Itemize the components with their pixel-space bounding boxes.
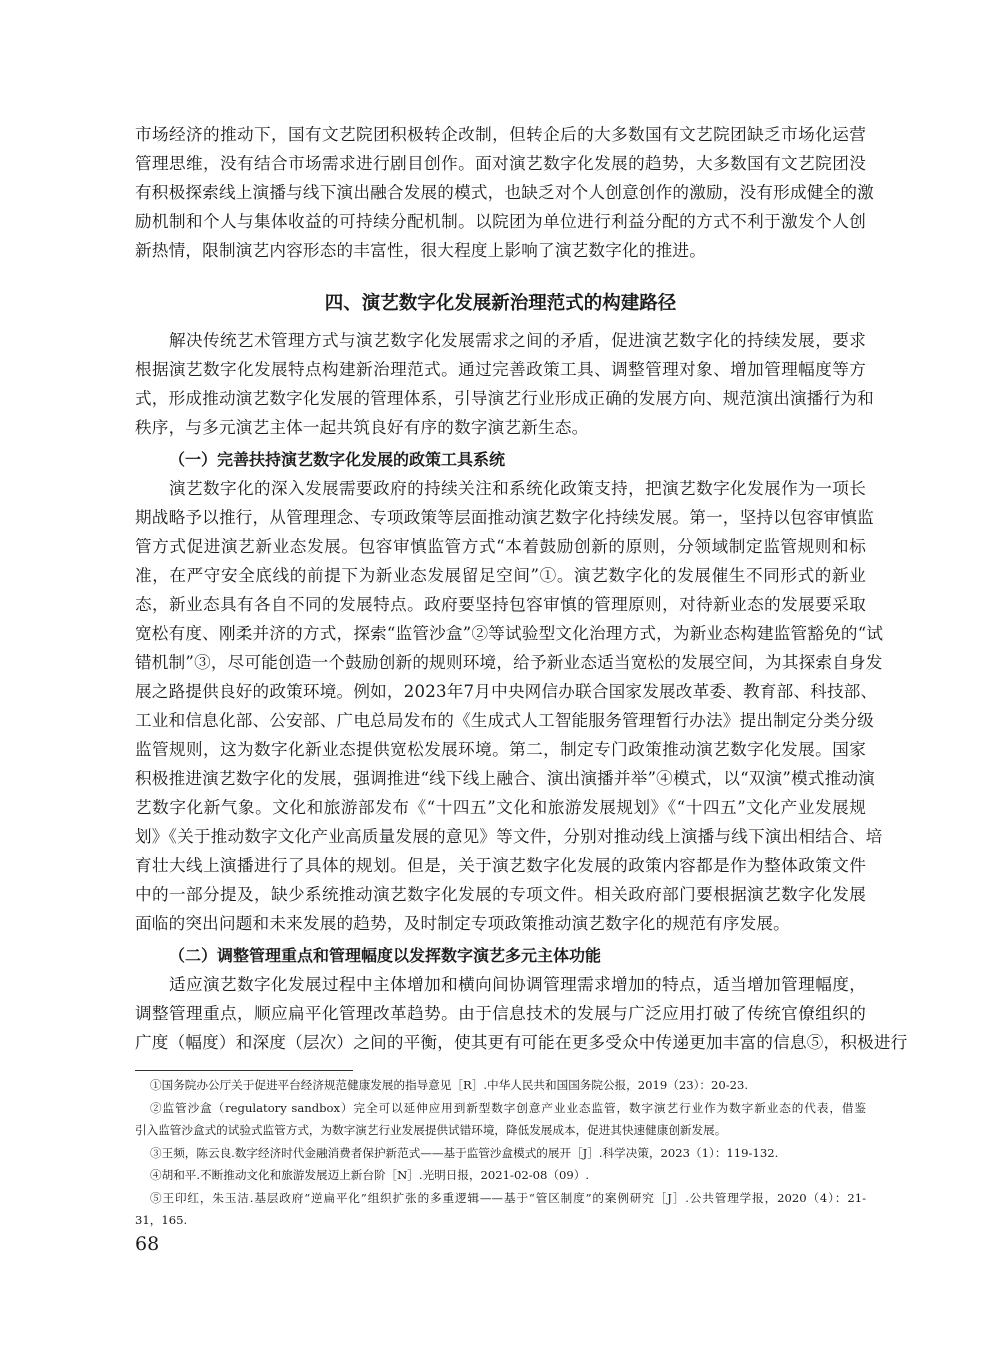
subsection-heading: （一）完善扶持演艺数字化发展的政策工具系统 bbox=[169, 446, 505, 474]
body-line: 展之路提供良好的政策环境。例如，2023年7月中央网信办联合国家发展改革委、教育… bbox=[135, 678, 866, 706]
body-line: 调整管理重点，顺应扁平化管理改革趋势。由于信息技术的发展与广泛应用打破了传统官僚… bbox=[135, 1000, 866, 1028]
body-line: 期战略予以推行，从管理理念、专项政策等层面推动演艺数字化持续发展。第一，坚持以包… bbox=[135, 504, 866, 532]
footnote: 31，165. bbox=[135, 1209, 866, 1231]
footnote: ①国务院办公厅关于促进平台经济规范健康发展的指导意见［R］.中华人民共和国国务院… bbox=[135, 1074, 866, 1096]
footnote: ④胡和平.不断推动文化和旅游发展迈上新台阶［N］.光明日报，2021-02-08… bbox=[135, 1164, 866, 1186]
body-line: 准，在严守安全底线的前提下为新业态发展留足空间”①。演艺数字化的发展催生不同形式… bbox=[135, 562, 866, 590]
body-line: 广度（幅度）和深度（层次）之间的平衡，使其更有可能在更多受众中传递更加丰富的信息… bbox=[135, 1029, 866, 1057]
body-line: 面临的突出问题和未来发展的趋势，及时制定专项政策推动演艺数字化的规范有序发展。 bbox=[135, 910, 866, 938]
body-line: 励机制和个人与集体收益的可持续分配机制。以院团为单位进行利益分配的方式不利于激发… bbox=[135, 208, 866, 236]
section-heading: 四、演艺数字化发展新治理范式的构建路径 bbox=[135, 290, 866, 318]
body-line: 有积极探索线上演播与线下演出融合发展的模式，也缺乏对个人创意创作的激励，没有形成… bbox=[135, 179, 866, 207]
body-line: 态，新业态具有各自不同的发展特点。政府要坚持包容审慎的管理原则，对待新业态的发展… bbox=[135, 591, 866, 619]
body-line: 适应演艺数字化发展过程中主体增加和横向间协调管理需求增加的特点，适当增加管理幅度… bbox=[135, 971, 866, 999]
body-line: 育壮大线上演播进行了具体的规划。但是，关于演艺数字化发展的政策内容都是作为整体政… bbox=[135, 852, 866, 880]
body-line: 错机制”③，尽可能创造一个鼓励创新的规则环境，给予新业态适当宽松的发展空间，为其… bbox=[135, 649, 866, 677]
body-line: 宽松有度、刚柔并济的方式，探索“监管沙盒”②等试验型文化治理方式，为新业态构建监… bbox=[135, 620, 866, 648]
footnote-divider bbox=[135, 1070, 353, 1071]
body-line: 积极推进演艺数字化的发展，强调推进“线下线上融合、演出演播并举”④模式，以“双演… bbox=[135, 765, 866, 793]
body-line: 划》《关于推动数字文化产业高质量发展的意见》等文件，分别对推动线上演播与线下演出… bbox=[135, 823, 866, 851]
footnote: 引入监管沙盒式的试验式监管方式，为数字演艺行业发展提供试错环境，降低发展成本，促… bbox=[135, 1119, 866, 1141]
footnote: ②监管沙盒（regulatory sandbox）完全可以延伸应用到新型数字创意… bbox=[135, 1097, 866, 1119]
body-line: 演艺数字化的深入发展需要政府的持续关注和系统化政策支持，把演艺数字化发展作为一项… bbox=[135, 475, 866, 503]
body-line: 中的一部分提及，缺少系统推动演艺数字化发展的专项文件。相关政府部门要根据演艺数字… bbox=[135, 881, 866, 909]
page-number: 68 bbox=[135, 1232, 159, 1256]
body-line: 管方式促进演艺新业态发展。包容审慎监管方式“本着鼓励创新的原则，分领域制定监管规… bbox=[135, 533, 866, 561]
body-line: 解决传统艺术管理方式与演艺数字化发展需求之间的矛盾，促进演艺数字化的持续发展，要… bbox=[135, 327, 866, 355]
subsection-heading: （二）调整管理重点和管理幅度以发挥数字演艺多元主体功能 bbox=[169, 942, 601, 970]
body-line: 管理思维，没有结合市场需求进行剧目创作。面对演艺数字化发展的趋势，大多数国有文艺… bbox=[135, 150, 866, 178]
body-line: 市场经济的推动下，国有文艺院团积极转企改制，但转企后的大多数国有文艺院团缺乏市场… bbox=[135, 121, 866, 149]
body-line: 秩序，与多元演艺主体一起共筑良好有序的数字演艺新生态。 bbox=[135, 414, 866, 442]
body-line: 艺数字化新气象。文化和旅游部发布《“十四五”文化和旅游发展规划》《“十四五”文化… bbox=[135, 794, 866, 822]
body-line: 监管规则，这为数字化新业态提供宽松发展环境。第二，制定专门政策推动演艺数字化发展… bbox=[135, 736, 866, 764]
body-line: 工业和信息化部、公安部、广电总局发布的《生成式人工智能服务管理暂行办法》提出制定… bbox=[135, 707, 866, 735]
body-line: 式，形成推动演艺数字化发展的管理体系，引导演艺行业形成正确的发展方向、规范演出演… bbox=[135, 385, 866, 413]
footnote: ③王频，陈云良.数字经济时代金融消费者保护新范式——基于监管沙盒模式的展开［J］… bbox=[135, 1142, 866, 1164]
body-line: 新热情，限制演艺内容形态的丰富性，很大程度上影响了演艺数字化的推进。 bbox=[135, 237, 866, 265]
body-line: 根据演艺数字化发展特点构建新治理范式。通过完善政策工具、调整管理对象、增加管理幅… bbox=[135, 356, 866, 384]
footnote: ⑤王印红，朱玉洁.基层政府“逆扁平化”组织扩张的多重逻辑——基于“管区制度”的案… bbox=[135, 1187, 866, 1209]
